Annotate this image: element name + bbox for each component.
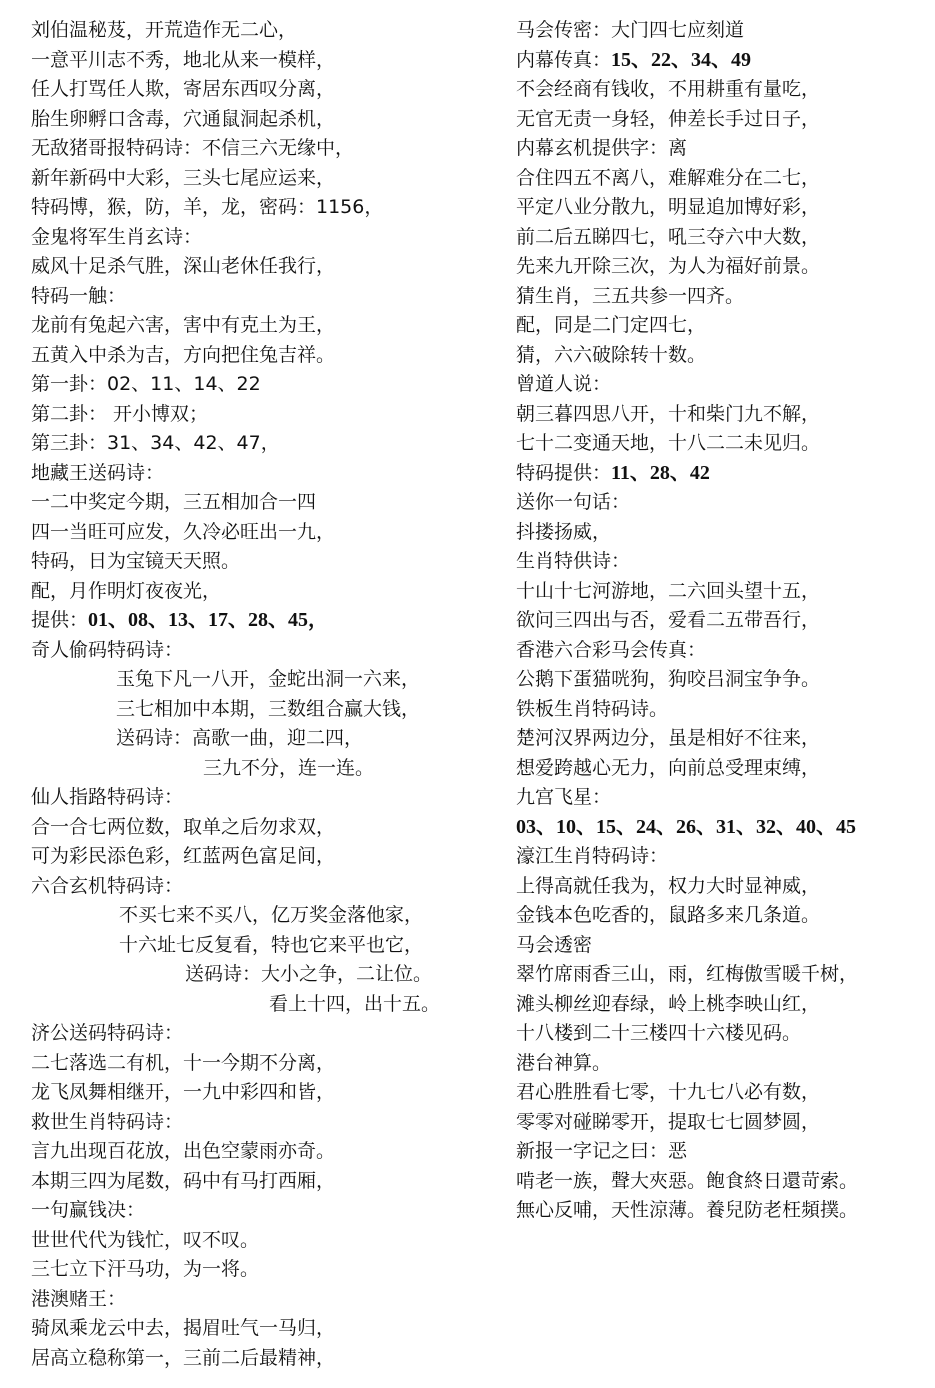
text-line: 第二卦： 开小博双；	[31, 400, 471, 430]
text-line: 五黄入中杀为吉，方向把住兔吉祥。	[31, 341, 471, 371]
text-line: 啃老一族，聲大夾惡。飽食終日還苛索。	[516, 1167, 931, 1197]
text-line: 不会经商有钱收，不用耕重有量吃，	[516, 75, 931, 105]
text-line: 特码提供：11、28、42	[516, 459, 931, 489]
text-line: 世世代代为钱忙，叹不叹。	[31, 1226, 471, 1256]
text-line: 送码诗：高歌一曲，迎二四，	[31, 724, 471, 754]
text-line: 配，月作明灯夜夜光，	[31, 577, 471, 607]
text-line: 三七相加中本期，三数组合赢大钱，	[31, 695, 471, 725]
text-line: 骑凤乘龙云中去，揭眉吐气一马归，	[31, 1314, 471, 1344]
number-list: 11、28、42	[611, 462, 710, 484]
text-line: 内幕玄机提供字：离	[516, 134, 931, 164]
text-line: 地藏王送码诗：	[31, 459, 471, 489]
text-line: 马会透密	[516, 931, 931, 961]
text-line: 任人打骂任人欺，寄居东西叹分离，	[31, 75, 471, 105]
text-line: 君心胜胜看七零，十九七八必有数，	[516, 1078, 931, 1108]
line-label: 特码提供：	[516, 462, 611, 484]
text-line: 朝三暮四思八开，十和柴门九不解，	[516, 400, 931, 430]
text-line: 特码博，猴，防，羊，龙，密码：1156，	[31, 193, 471, 223]
line-label: 提供：	[31, 609, 88, 631]
text-line: 港台神算。	[516, 1049, 931, 1079]
text-line: 四一当旺可应发，久冷必旺出一九，	[31, 518, 471, 548]
text-line: 公鹅下蛋猫咣狗，狗咬吕洞宝争争。	[516, 665, 931, 695]
text-line: 金鬼将军生肖玄诗：	[31, 223, 471, 253]
text-line: 威风十足杀气胜，深山老休任我行，	[31, 252, 471, 282]
text-line: 一二中奖定今期，三五相加合一四	[31, 488, 471, 518]
text-line: 三九不分，连一连。	[31, 754, 471, 784]
text-line: 言九出现百花放，出色空蒙雨亦奇。	[31, 1137, 471, 1167]
text-line: 无官无责一身轻，伸差长手过日子，	[516, 105, 931, 135]
text-line: 港澳赌王：	[31, 1285, 471, 1315]
text-line: 七十二变通天地，十八二二未见归。	[516, 429, 931, 459]
text-line: 不买七来不买八，亿万奖金落他家，	[31, 901, 471, 931]
text-line: 楚河汉界两边分，虽是相好不往来，	[516, 724, 931, 754]
left-column: 刘伯温秘芨，开荒造作无二心，一意平川志不秀，地北从来一模样，任人打骂任人欺，寄居…	[31, 16, 471, 1373]
text-line: 六合玄机特码诗：	[31, 872, 471, 902]
text-line: 一句赢钱决：	[31, 1196, 471, 1226]
text-line: 三七立下汗马功，为一将。	[31, 1255, 471, 1285]
text-line: 零零对碰睇零开，提取七七圆梦圆，	[516, 1108, 931, 1138]
text-line: 本期三四为尾数，码中有马打西厢，	[31, 1167, 471, 1197]
text-line: 十六址七反复看，特也它来平也它，	[31, 931, 471, 961]
text-line: 生肖特供诗：	[516, 547, 931, 577]
text-line: 曾道人说：	[516, 370, 931, 400]
text-line: 滩头柳丝迎春绿，岭上桃李映山红，	[516, 990, 931, 1020]
text-line: 救世生肖特码诗：	[31, 1108, 471, 1138]
text-line: 平定八业分散九，明显追加博好彩，	[516, 193, 931, 223]
text-line: 新年新码中大彩，三头七尾应运来，	[31, 164, 471, 194]
number-list: 01、08、13、17、28、45，	[88, 609, 328, 631]
text-line: 新报一字记之曰：恶	[516, 1137, 931, 1167]
text-line: 马会传密：大门四七应刻道	[516, 16, 931, 46]
text-line: 九宫飞星：	[516, 783, 931, 813]
text-line: 第一卦：02、11、14、22	[31, 370, 471, 400]
text-line: 一意平川志不秀，地北从来一模样，	[31, 46, 471, 76]
text-line: 先来九开除三次，为人为福好前景。	[516, 252, 931, 282]
text-line: 十八楼到二十三楼四十六楼见码。	[516, 1019, 931, 1049]
text-line: 前二后五睇四七，吼三夺六中大数，	[516, 223, 931, 253]
text-line: 无敌猪哥报特码诗：不信三六无缘中，	[31, 134, 471, 164]
text-line: 濠江生肖特码诗：	[516, 842, 931, 872]
text-line: 提供：01、08、13、17、28、45，	[31, 606, 471, 636]
text-line: 猜，六六破除转十数。	[516, 341, 931, 371]
text-line: 抖搂扬威，	[516, 518, 931, 548]
text-line: 金钱本色吃香的，鼠路多来几条道。	[516, 901, 931, 931]
text-line: 欲问三四出与否，爱看二五带吾行，	[516, 606, 931, 636]
text-line: 03、10、15、24、26、31、32、40、45	[516, 813, 931, 843]
text-line: 济公送码特码诗：	[31, 1019, 471, 1049]
text-line: 猜生肖，三五共参一四齐。	[516, 282, 931, 312]
text-line: 二七落选二有机，十一今期不分离，	[31, 1049, 471, 1079]
text-line: 香港六合彩马会传真：	[516, 636, 931, 666]
text-line: 特码一触：	[31, 282, 471, 312]
text-line: 特码，日为宝镜天天照。	[31, 547, 471, 577]
text-line: 送你一句话：	[516, 488, 931, 518]
text-line: 翠竹席雨香三山，雨，红梅傲雪暖千树，	[516, 960, 931, 990]
text-line: 奇人偷码特码诗：	[31, 636, 471, 666]
text-line: 送码诗：大小之争，二让位。	[31, 960, 471, 990]
text-line: 看上十四，出十五。	[31, 990, 471, 1020]
text-line: 内幕传真：15、22、34、49	[516, 46, 931, 76]
number-list: 15、22、34、49	[611, 49, 751, 71]
text-line: 合住四五不离八，难解难分在二七，	[516, 164, 931, 194]
text-line: 铁板生肖特码诗。	[516, 695, 931, 725]
text-line: 胎生卵孵口含毒，穴通鼠洞起杀机，	[31, 105, 471, 135]
text-line: 合一合七两位数，取单之后勿求双，	[31, 813, 471, 843]
text-line: 龙飞凤舞相继开，一九中彩四和皆，	[31, 1078, 471, 1108]
text-line: 仙人指路特码诗：	[31, 783, 471, 813]
text-line: 十山十七河游地，二六回头望十五，	[516, 577, 931, 607]
number-list: 03、10、15、24、26、31、32、40、45	[516, 816, 856, 838]
text-line: 居高立稳称第一，三前二后最精神，	[31, 1344, 471, 1374]
line-label: 内幕传真：	[516, 49, 611, 71]
text-line: 刘伯温秘芨，开荒造作无二心，	[31, 16, 471, 46]
text-line: 可为彩民添色彩，红蓝两色富足间，	[31, 842, 471, 872]
text-line: 第三卦：31、34、42、47，	[31, 429, 471, 459]
text-line: 龙前有兔起六害，害中有克土为王，	[31, 311, 471, 341]
text-line: 無心反哺，天性涼薄。養兒防老枉頻撲。	[516, 1196, 931, 1226]
right-column: 马会传密：大门四七应刻道内幕传真：15、22、34、49不会经商有钱收，不用耕重…	[516, 16, 931, 1226]
text-line: 想爱跨越心无力，向前总受理束缚，	[516, 754, 931, 784]
text-line: 上得高就任我为，权力大时显神威，	[516, 872, 931, 902]
text-line: 玉兔下凡一八开，金蛇出洞一六来，	[31, 665, 471, 695]
text-line: 配，同是二门定四七，	[516, 311, 931, 341]
